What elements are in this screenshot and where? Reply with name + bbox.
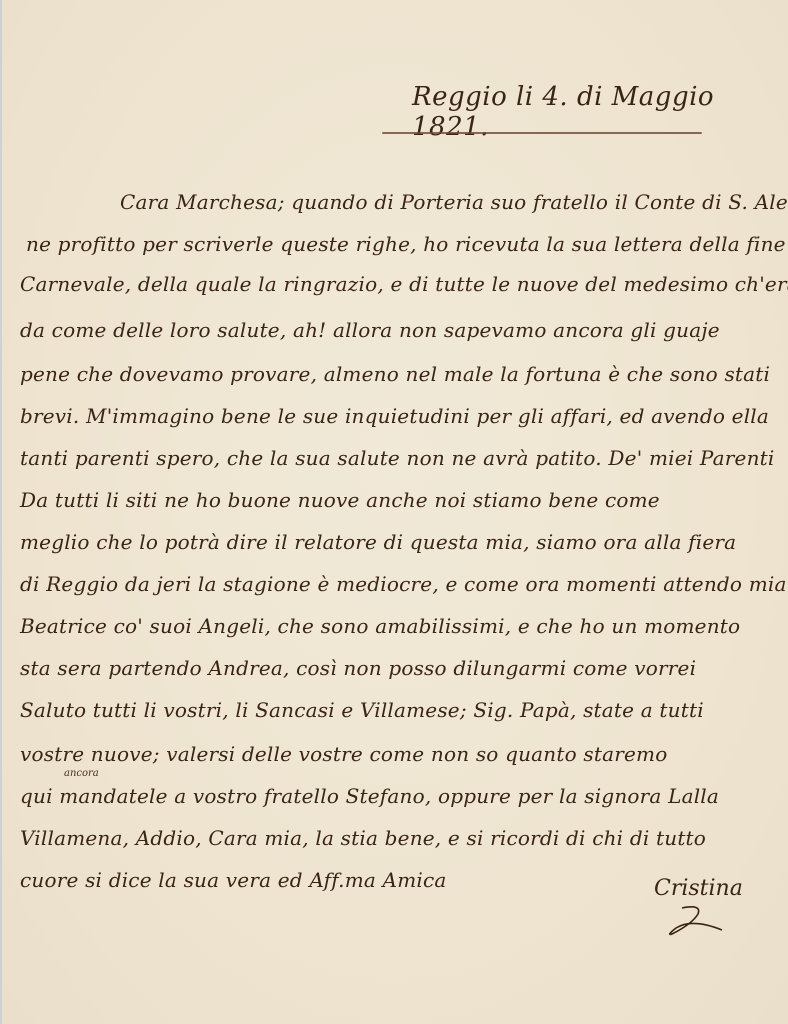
body-line: da come delle loro salute, ah! allora no… bbox=[20, 318, 720, 342]
body-line: Cara Marchesa; quando di Porteria suo fr… bbox=[120, 190, 788, 214]
body-line: qui mandatele a vostro fratello Stefano,… bbox=[20, 784, 719, 808]
body-line: brevi. M'immagino bene le sue inquietudi… bbox=[20, 404, 769, 428]
signature: Cristina bbox=[654, 876, 743, 901]
body-line: vostre nuove; valersi delle vostre come … bbox=[20, 742, 667, 766]
body-line: Da tutti li siti ne ho buone nuove anche… bbox=[20, 488, 660, 512]
body-line: tanti parenti spero, che la sua salute n… bbox=[20, 446, 775, 470]
letter-paper: Reggio li 4. di Maggio 1821. Cara Marche… bbox=[0, 0, 788, 1024]
body-line: Saluto tutti li vostri, li Sancasi e Vil… bbox=[20, 698, 704, 722]
body-line: ne profitto per scriverle queste righe, … bbox=[26, 232, 788, 256]
body-line: pene che dovevamo provare, almeno nel ma… bbox=[20, 362, 770, 386]
body-line: di Reggio da jeri la stagione è mediocre… bbox=[20, 572, 788, 596]
signature-flourish-icon bbox=[662, 900, 742, 940]
date-underline bbox=[382, 132, 702, 134]
body-line: meglio che lo potrà dire il relatore di … bbox=[20, 530, 736, 554]
body-line: Beatrice co' suoi Angeli, che sono amabi… bbox=[20, 614, 740, 638]
body-line: cuore si dice la sua vera ed Aff.ma Amic… bbox=[20, 868, 446, 892]
interlinear-insertion: ancora bbox=[64, 768, 99, 779]
body-line: Villamena, Addio, Cara mia, la stia bene… bbox=[20, 826, 706, 850]
body-line: sta sera partendo Andrea, così non posso… bbox=[20, 656, 696, 680]
body-line: Carnevale, della quale la ringrazio, e d… bbox=[20, 272, 788, 296]
